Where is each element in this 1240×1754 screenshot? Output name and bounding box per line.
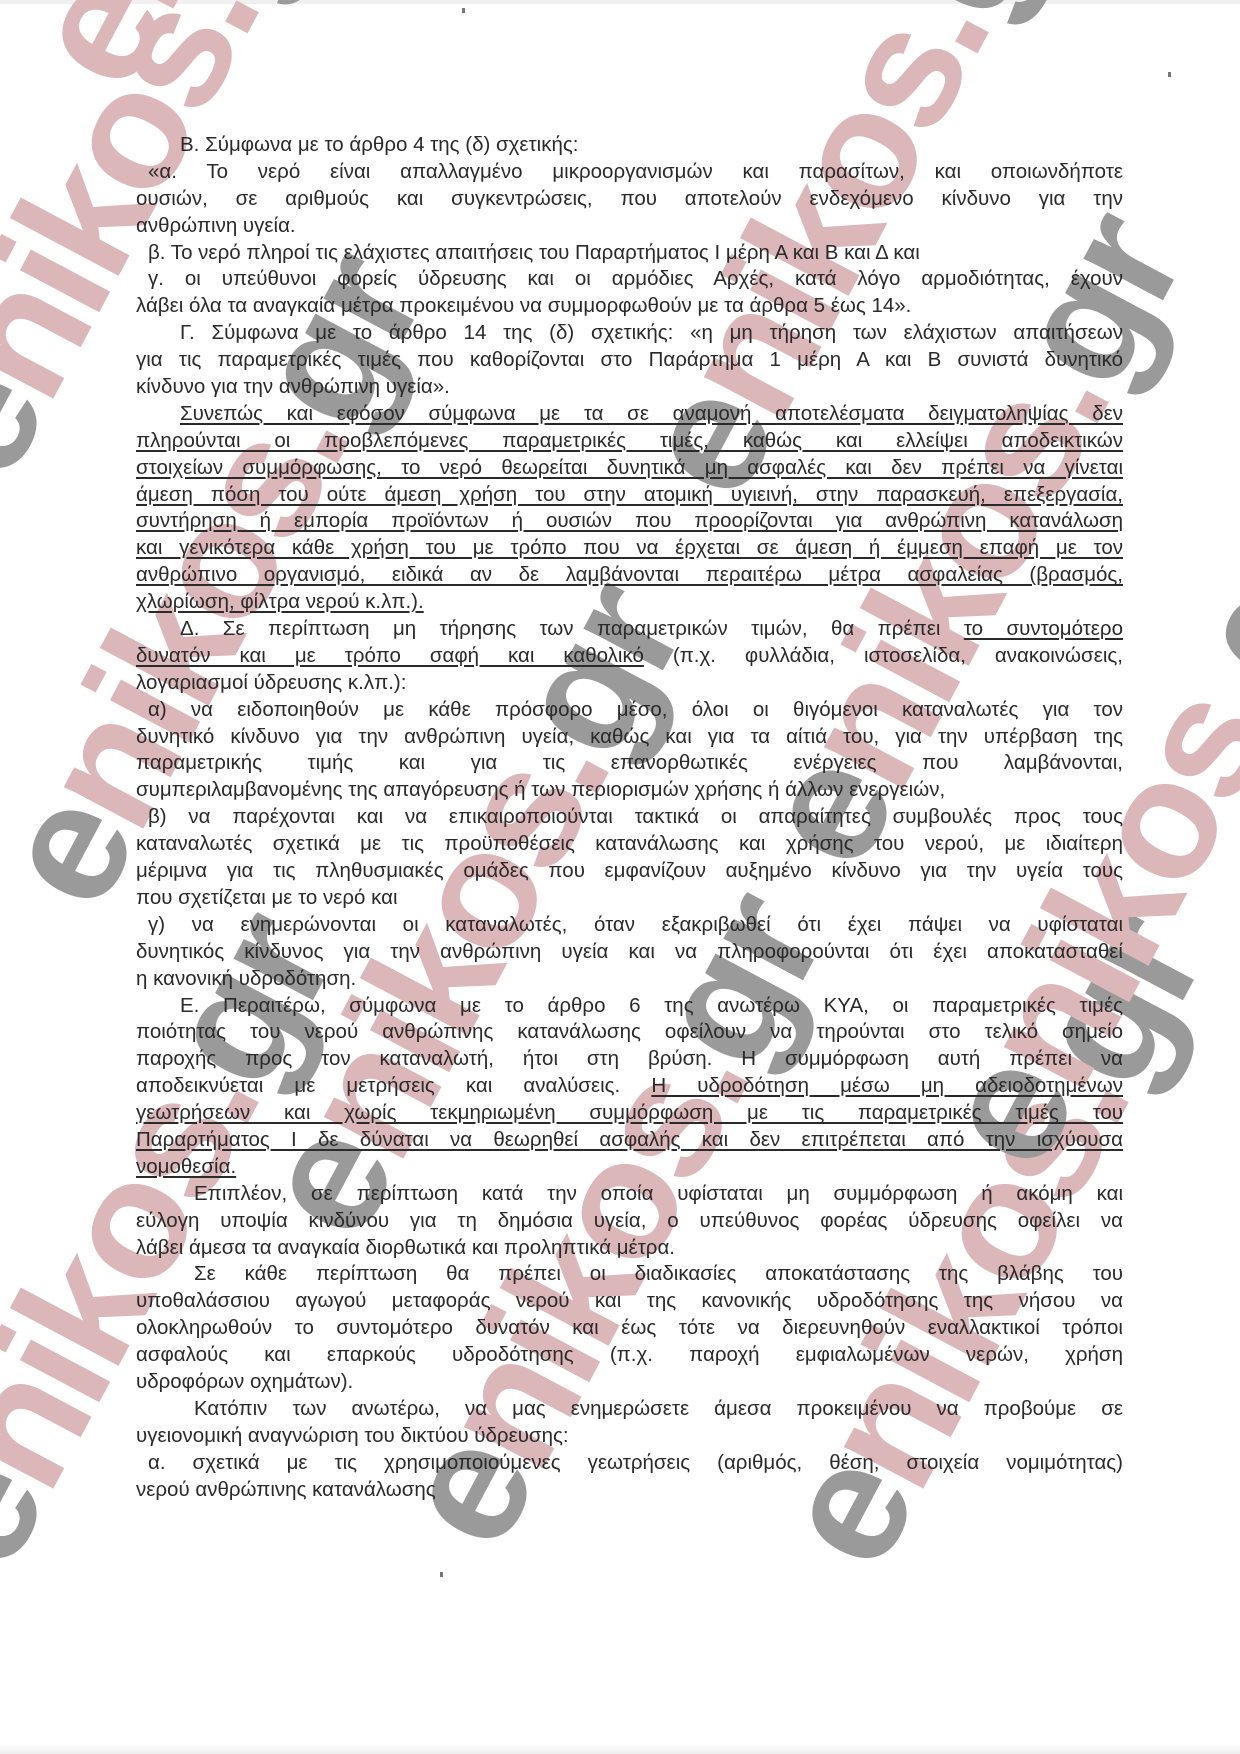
- underlined-text: Η υδροδότηση μέσω μη αδειοδοτημένων: [651, 1074, 1123, 1097]
- underlined-text: Παραρτήματος Ι δε δύναται να θεωρηθεί ασ…: [136, 1128, 1123, 1151]
- text-line: λάβει άμεσα τα αναγκαία διορθωτικά και π…: [136, 1235, 1123, 1262]
- underlined-text: στοιχείων συμμόρφωσης, το νερό θεωρείται…: [136, 456, 1123, 479]
- text-line: καταναλωτές σχετικά με τις προϋποθέσεις …: [136, 831, 1123, 858]
- text-run: ολοκληρωθούν το συντομότερο δυνατόν και …: [136, 1316, 1123, 1339]
- text-line: δυνητικό κίνδυνο για την ανθρώπινη υγεία…: [136, 724, 1123, 751]
- text-run: ποιότητας του νερού ανθρώπινης κατανάλωσ…: [136, 1020, 1123, 1043]
- text-run: (π.χ. φυλλάδια, ιστοσελίδα, ανακοινώσεις…: [644, 644, 1123, 667]
- text-line: στοιχείων συμμόρφωσης, το νερό θεωρείται…: [136, 455, 1123, 482]
- text-run: Γ. Σύμφωνα με το άρθρο 14 της (δ) σχετικ…: [180, 321, 1123, 344]
- text-run: β. Το νερό πληροί τις ελάχιστες απαιτήσε…: [148, 241, 920, 264]
- text-run: Ε. Περαιτέρω, σύμφωνα με το άρθρο 6 της …: [180, 994, 1123, 1017]
- text-run: ουσιών, σε αριθμούς και συγκεντρώσεις, π…: [136, 187, 1123, 210]
- text-line: υποθαλάσσιου αγωγού μεταφοράς νερού και …: [136, 1288, 1123, 1315]
- text-run: λάβει όλα τα αναγκαία μέτρα προκειμένου …: [136, 294, 911, 317]
- scan-top-edge: [0, 0, 1240, 4]
- text-run: παροχής προς τον καταναλωτή, ήτοι στη βρ…: [136, 1047, 1123, 1070]
- text-line: υδροφόρων οχημάτων).: [136, 1369, 1123, 1396]
- text-line: νομοθεσία.: [136, 1154, 1123, 1181]
- text-line: α. σχετικά με τις χρησιμοποιούμενες γεωτ…: [136, 1450, 1123, 1477]
- text-line: εύλογη υποψία κινδύνου για τη δημόσια υγ…: [136, 1208, 1123, 1235]
- scan-speck: [440, 1572, 443, 1577]
- text-line: νερού ανθρώπινης κατανάλωσης: [136, 1477, 1123, 1504]
- text-run: γ. οι υπεύθυνοι φορείς ύδρευσης και οι α…: [148, 267, 1123, 290]
- text-line: δυνητικός κίνδυνος για την ανθρώπινη υγε…: [136, 939, 1123, 966]
- text-run: Επιπλέον, σε περίπτωση κατά την οποία υφ…: [194, 1182, 1123, 1205]
- text-line: συντήρηση ή εμπορία προϊόντων ή ουσιών π…: [136, 508, 1123, 535]
- text-run: ασφαλούς και επαρκούς υδροδότησης (π.χ. …: [136, 1343, 1123, 1366]
- text-line: γεωτρήσεων και χωρίς τεκμηριωμένη συμμόρ…: [136, 1100, 1123, 1127]
- text-line: ποιότητας του νερού ανθρώπινης κατανάλωσ…: [136, 1019, 1123, 1046]
- text-line: και γενικότερα κάθε χρήση του με τρόπο π…: [136, 535, 1123, 562]
- text-line: λογαριασμοί ύδρευσης κ.λπ.):: [136, 670, 1123, 697]
- text-line: η κανονική υδροδότηση.: [136, 966, 1123, 993]
- text-run: κίνδυνο για την ανθρώπινη υγεία».: [136, 375, 450, 398]
- text-line: Κατόπιν των ανωτέρω, να μας ενημερώσετε …: [136, 1396, 1123, 1423]
- underlined-text: δυνατόν και με τρόπο σαφή και καθολικό: [136, 644, 644, 667]
- text-line: υγειονομική αναγνώριση του δικτύου ύδρευ…: [136, 1423, 1123, 1450]
- text-line: Σε κάθε περίπτωση θα πρέπει οι διαδικασί…: [136, 1261, 1123, 1288]
- text-line: ανθρώπινο οργανισμό, ειδικά αν δε λαμβάν…: [136, 562, 1123, 589]
- text-line: παραμετρικής τιμής και για τις επανορθωτ…: [136, 750, 1123, 777]
- text-line: χλωρίωση, φίλτρα νερού κ.λπ.).: [136, 589, 1123, 616]
- scan-speck: [462, 8, 465, 13]
- text-line: β) να παρέχονται και να επικαιροποιούντα…: [136, 804, 1123, 831]
- underlined-text: γεωτρήσεων και χωρίς τεκμηριωμένη συμμόρ…: [136, 1101, 1123, 1124]
- underlined-text: και γενικότερα κάθε χρήση του με τρόπο π…: [136, 536, 1123, 559]
- text-run: για τις παραμετρικές τιμές που καθορίζον…: [136, 348, 1123, 371]
- underlined-text: Συνεπώς και εφόσον σύμφωνα με τα σε αναμ…: [180, 402, 1123, 425]
- text-run: εύλογη υποψία κινδύνου για τη δημόσια υγ…: [136, 1209, 1123, 1232]
- text-run: νερού ανθρώπινης κατανάλωσης: [136, 1478, 436, 1501]
- text-line: ολοκληρωθούν το συντομότερο δυνατόν και …: [136, 1315, 1123, 1342]
- text-run: Β. Σύμφωνα με το άρθρο 4 της (δ) σχετική…: [180, 133, 578, 156]
- text-line: κίνδυνο για την ανθρώπινη υγεία».: [136, 374, 1123, 401]
- text-line: Συνεπώς και εφόσον σύμφωνα με τα σε αναμ…: [136, 401, 1123, 428]
- text-line: Δ. Σε περίπτωση μη τήρησης των παραμετρι…: [136, 616, 1123, 643]
- text-run: υγειονομική αναγνώριση του δικτύου ύδρευ…: [136, 1424, 569, 1447]
- text-line: γ) να ενημερώνονται οι καταναλωτές, όταν…: [136, 912, 1123, 939]
- watermark: enikos.gr: [0, 0, 479, 110]
- text-line: ασφαλούς και επαρκούς υδροδότησης (π.χ. …: [136, 1342, 1123, 1369]
- text-run: υδροφόρων οχημάτων).: [136, 1370, 353, 1393]
- underlined-text: άμεση πόση του ούτε άμεση χρήση του στην…: [136, 483, 1123, 506]
- underlined-text: το συντομότερο: [964, 617, 1123, 640]
- text-run: η κανονική υδροδότηση.: [136, 967, 356, 990]
- text-run: ανθρώπινη υγεία.: [136, 214, 296, 237]
- text-line: Ε. Περαιτέρω, σύμφωνα με το άρθρο 6 της …: [136, 993, 1123, 1020]
- text-line: παροχής προς τον καταναλωτή, ήτοι στη βρ…: [136, 1046, 1123, 1073]
- text-run: α) να ειδοποιηθούν με κάθε πρόσφορο μέσο…: [148, 698, 1123, 721]
- text-run: γ) να ενημερώνονται οι καταναλωτές, όταν…: [148, 913, 1123, 936]
- underlined-text: νομοθεσία.: [136, 1155, 236, 1178]
- text-run: μέριμνα για τις πληθυσμιακές ομάδες που …: [136, 859, 1123, 882]
- underlined-text: πληρούνται οι προβλεπόμενες παραμετρικές…: [136, 429, 1123, 452]
- text-line: «α. Το νερό είναι απαλλαγμένο μικροοργαν…: [136, 159, 1123, 186]
- text-run: που σχετίζεται με το νερό και: [136, 886, 398, 909]
- text-run: α. σχετικά με τις χρησιμοποιούμενες γεωτ…: [148, 1451, 1123, 1474]
- text-run: δυνητικός κίνδυνος για την ανθρώπινη υγε…: [136, 940, 1123, 963]
- text-line: ουσιών, σε αριθμούς και συγκεντρώσεις, π…: [136, 186, 1123, 213]
- underlined-text: ανθρώπινο οργανισμό, ειδικά αν δε λαμβάν…: [136, 563, 1123, 586]
- underlined-text: συντήρηση ή εμπορία προϊόντων ή ουσιών π…: [136, 509, 1123, 532]
- text-line: πληρούνται οι προβλεπόμενες παραμετρικές…: [136, 428, 1123, 455]
- scan-speck: [1168, 72, 1171, 77]
- text-line: γ. οι υπεύθυνοι φορείς ύδρευσης και οι α…: [136, 266, 1123, 293]
- text-line: που σχετίζεται με το νερό και: [136, 885, 1123, 912]
- text-run: «α. Το νερό είναι απαλλαγμένο μικροοργαν…: [148, 160, 1123, 183]
- text-run: Κατόπιν των ανωτέρω, να μας ενημερώσετε …: [194, 1397, 1123, 1420]
- text-line: Επιπλέον, σε περίπτωση κατά την οποία υφ…: [136, 1181, 1123, 1208]
- text-run: λάβει άμεσα τα αναγκαία διορθωτικά και π…: [136, 1236, 675, 1259]
- text-run: παραμετρικής τιμής και για τις επανορθωτ…: [136, 751, 1123, 774]
- text-run: δυνητικό κίνδυνο για την ανθρώπινη υγεία…: [136, 725, 1123, 748]
- text-line: ανθρώπινη υγεία.: [136, 213, 1123, 240]
- text-line: Γ. Σύμφωνα με το άρθρο 14 της (δ) σχετικ…: [136, 320, 1123, 347]
- text-run: αποδεικνύεται με μετρήσεις και αναλύσεις…: [136, 1074, 651, 1097]
- underlined-text: χλωρίωση, φίλτρα νερού κ.λπ.).: [136, 590, 424, 613]
- text-run: Σε κάθε περίπτωση θα πρέπει οι διαδικασί…: [194, 1262, 1123, 1285]
- text-run: συμπεριλαμβανομένης της απαγόρευσης ή τω…: [136, 778, 945, 801]
- text-line: για τις παραμετρικές τιμές που καθορίζον…: [136, 347, 1123, 374]
- text-line: Παραρτήματος Ι δε δύναται να θεωρηθεί ασ…: [136, 1127, 1123, 1154]
- text-run: β) να παρέχονται και να επικαιροποιούντα…: [148, 805, 1123, 828]
- text-line: άμεση πόση του ούτε άμεση χρήση του στην…: [136, 482, 1123, 509]
- text-run: Δ. Σε περίπτωση μη τήρησης των παραμετρι…: [180, 617, 964, 640]
- text-line: α) να ειδοποιηθούν με κάθε πρόσφορο μέσο…: [136, 697, 1123, 724]
- text-run: καταναλωτές σχετικά με τις προϋποθέσεις …: [136, 832, 1123, 855]
- text-run: λογαριασμοί ύδρευσης κ.λπ.):: [136, 671, 406, 694]
- text-line: β. Το νερό πληροί τις ελάχιστες απαιτήσε…: [136, 240, 1123, 267]
- scan-bottom-edge: [0, 1744, 1240, 1754]
- text-line: Β. Σύμφωνα με το άρθρο 4 της (δ) σχετική…: [136, 132, 1123, 159]
- text-line: αποδεικνύεται με μετρήσεις και αναλύσεις…: [136, 1073, 1123, 1100]
- text-line: λάβει όλα τα αναγκαία μέτρα προκειμένου …: [136, 293, 1123, 320]
- text-line: μέριμνα για τις πληθυσμιακές ομάδες που …: [136, 858, 1123, 885]
- text-run: υποθαλάσσιου αγωγού μεταφοράς νερού και …: [136, 1289, 1123, 1312]
- document-body: Β. Σύμφωνα με το άρθρο 4 της (δ) σχετική…: [136, 132, 1123, 1503]
- text-line: συμπεριλαμβανομένης της απαγόρευσης ή τω…: [136, 777, 1123, 804]
- text-line: δυνατόν και με τρόπο σαφή και καθολικό (…: [136, 643, 1123, 670]
